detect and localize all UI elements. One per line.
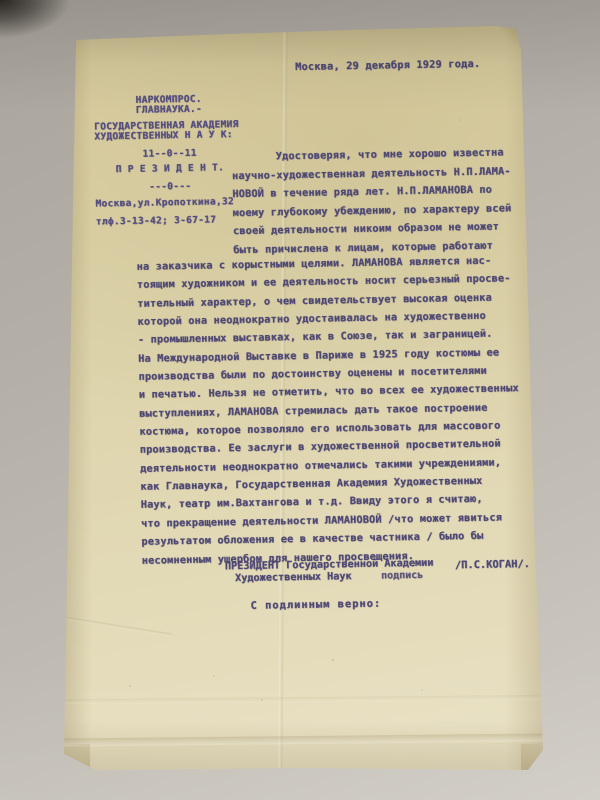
letterhead-line-address: Москва,ул.Кропоткина,32 <box>95 197 245 210</box>
letterhead-line-phone: тлф.3-13-42; 3-67-17 <box>96 215 246 228</box>
signature-name: /П.С.КОГАН/. <box>455 558 530 571</box>
letterhead-stamp: НАРКОМПРОС. ГЛАВНАУКА.- ГОСУДАРСТВЕННАЯ … <box>94 94 246 228</box>
signature-title-line2: Художественных Наук <box>235 571 352 584</box>
photo-background: Москва, 29 декабря 1929 года. НАРКОМПРОС… <box>0 0 600 800</box>
letterhead-line-divider: ---0--- <box>95 181 245 194</box>
date-line: Москва, 29 декабря 1929 года. <box>295 59 480 73</box>
body-paragraph-main: на заказчика с корыстными целями. ЛАМАНО… <box>137 252 522 570</box>
certification-line: С подлинным верно: <box>250 598 381 612</box>
document-text-layer: Москва, 29 декабря 1929 года. НАРКОМПРОС… <box>0 0 600 800</box>
letterhead-line-glavnauka: ГЛАВНАУКА.- <box>94 104 244 117</box>
signature-signed-label: подпись <box>381 570 423 582</box>
letterhead-line-president: П Р Е З И Д Е Н Т. <box>95 163 245 176</box>
letterhead-line-sciences: ХУДОЖЕСТВЕННЫХ Н А У К: <box>94 130 244 143</box>
body-paragraph-top: Удостоверяя, что мне хорошо известна нау… <box>232 144 513 260</box>
letterhead-line-number: 11--0--11 <box>95 148 245 161</box>
